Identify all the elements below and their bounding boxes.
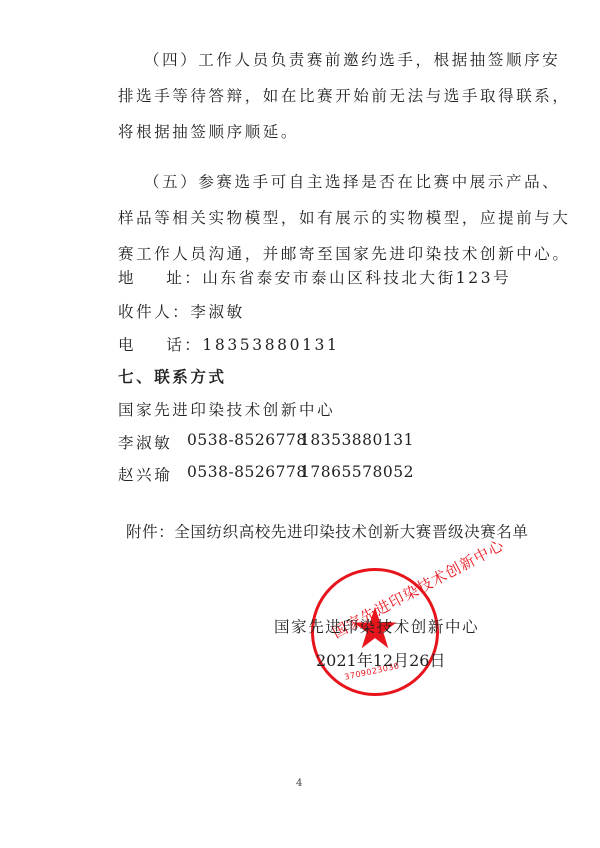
page-number: 4 bbox=[296, 778, 302, 789]
mailing-recipient: 收件人：李淑敏 bbox=[118, 300, 245, 322]
paragraph-5-line-2: 样品等相关实物模型，如有展示的实物模型，应提前与大 bbox=[118, 206, 571, 228]
paragraph-4-line-1: （四）工作人员负责赛前邀约选手，根据抽签顺序安 bbox=[144, 48, 560, 70]
contact-name: 李淑敏 bbox=[118, 431, 172, 453]
contact-mobile: 17865578052 bbox=[300, 463, 414, 481]
mailing-phone: 电 话：18353880131 bbox=[118, 333, 340, 355]
contact-tel: 0538-8526778 bbox=[187, 431, 307, 449]
paragraph-5-line-1: （五）参赛选手可自主选择是否在比赛中展示产品、 bbox=[144, 170, 560, 192]
signature-date: 2021年12月26日 bbox=[316, 648, 445, 671]
paragraph-5-line-3: 赛工作人员沟通，并邮寄至国家先进印染技术创新中心。 bbox=[118, 242, 571, 264]
signature-org: 国家先进印染技术创新中心 bbox=[274, 615, 479, 637]
contact-name: 赵兴瑜 bbox=[118, 463, 172, 485]
attachment-note: 附件：全国纺织高校先进印染技术创新大赛晋级决赛名单 bbox=[126, 520, 529, 542]
paragraph-4-line-2: 排选手等待答辩，如在比赛开始前无法与选手取得联系， bbox=[118, 84, 571, 106]
section-7-heading: 七、联系方式 bbox=[118, 365, 227, 387]
mailing-address: 地 址：山东省泰安市泰山区科技北大街123号 bbox=[118, 266, 511, 288]
contact-mobile: 18353880131 bbox=[300, 431, 414, 449]
paragraph-4-line-3: 将根据抽签顺序顺延。 bbox=[118, 120, 299, 142]
section-7-org: 国家先进印染技术创新中心 bbox=[118, 398, 335, 420]
contact-tel: 0538-8526778 bbox=[187, 463, 307, 481]
